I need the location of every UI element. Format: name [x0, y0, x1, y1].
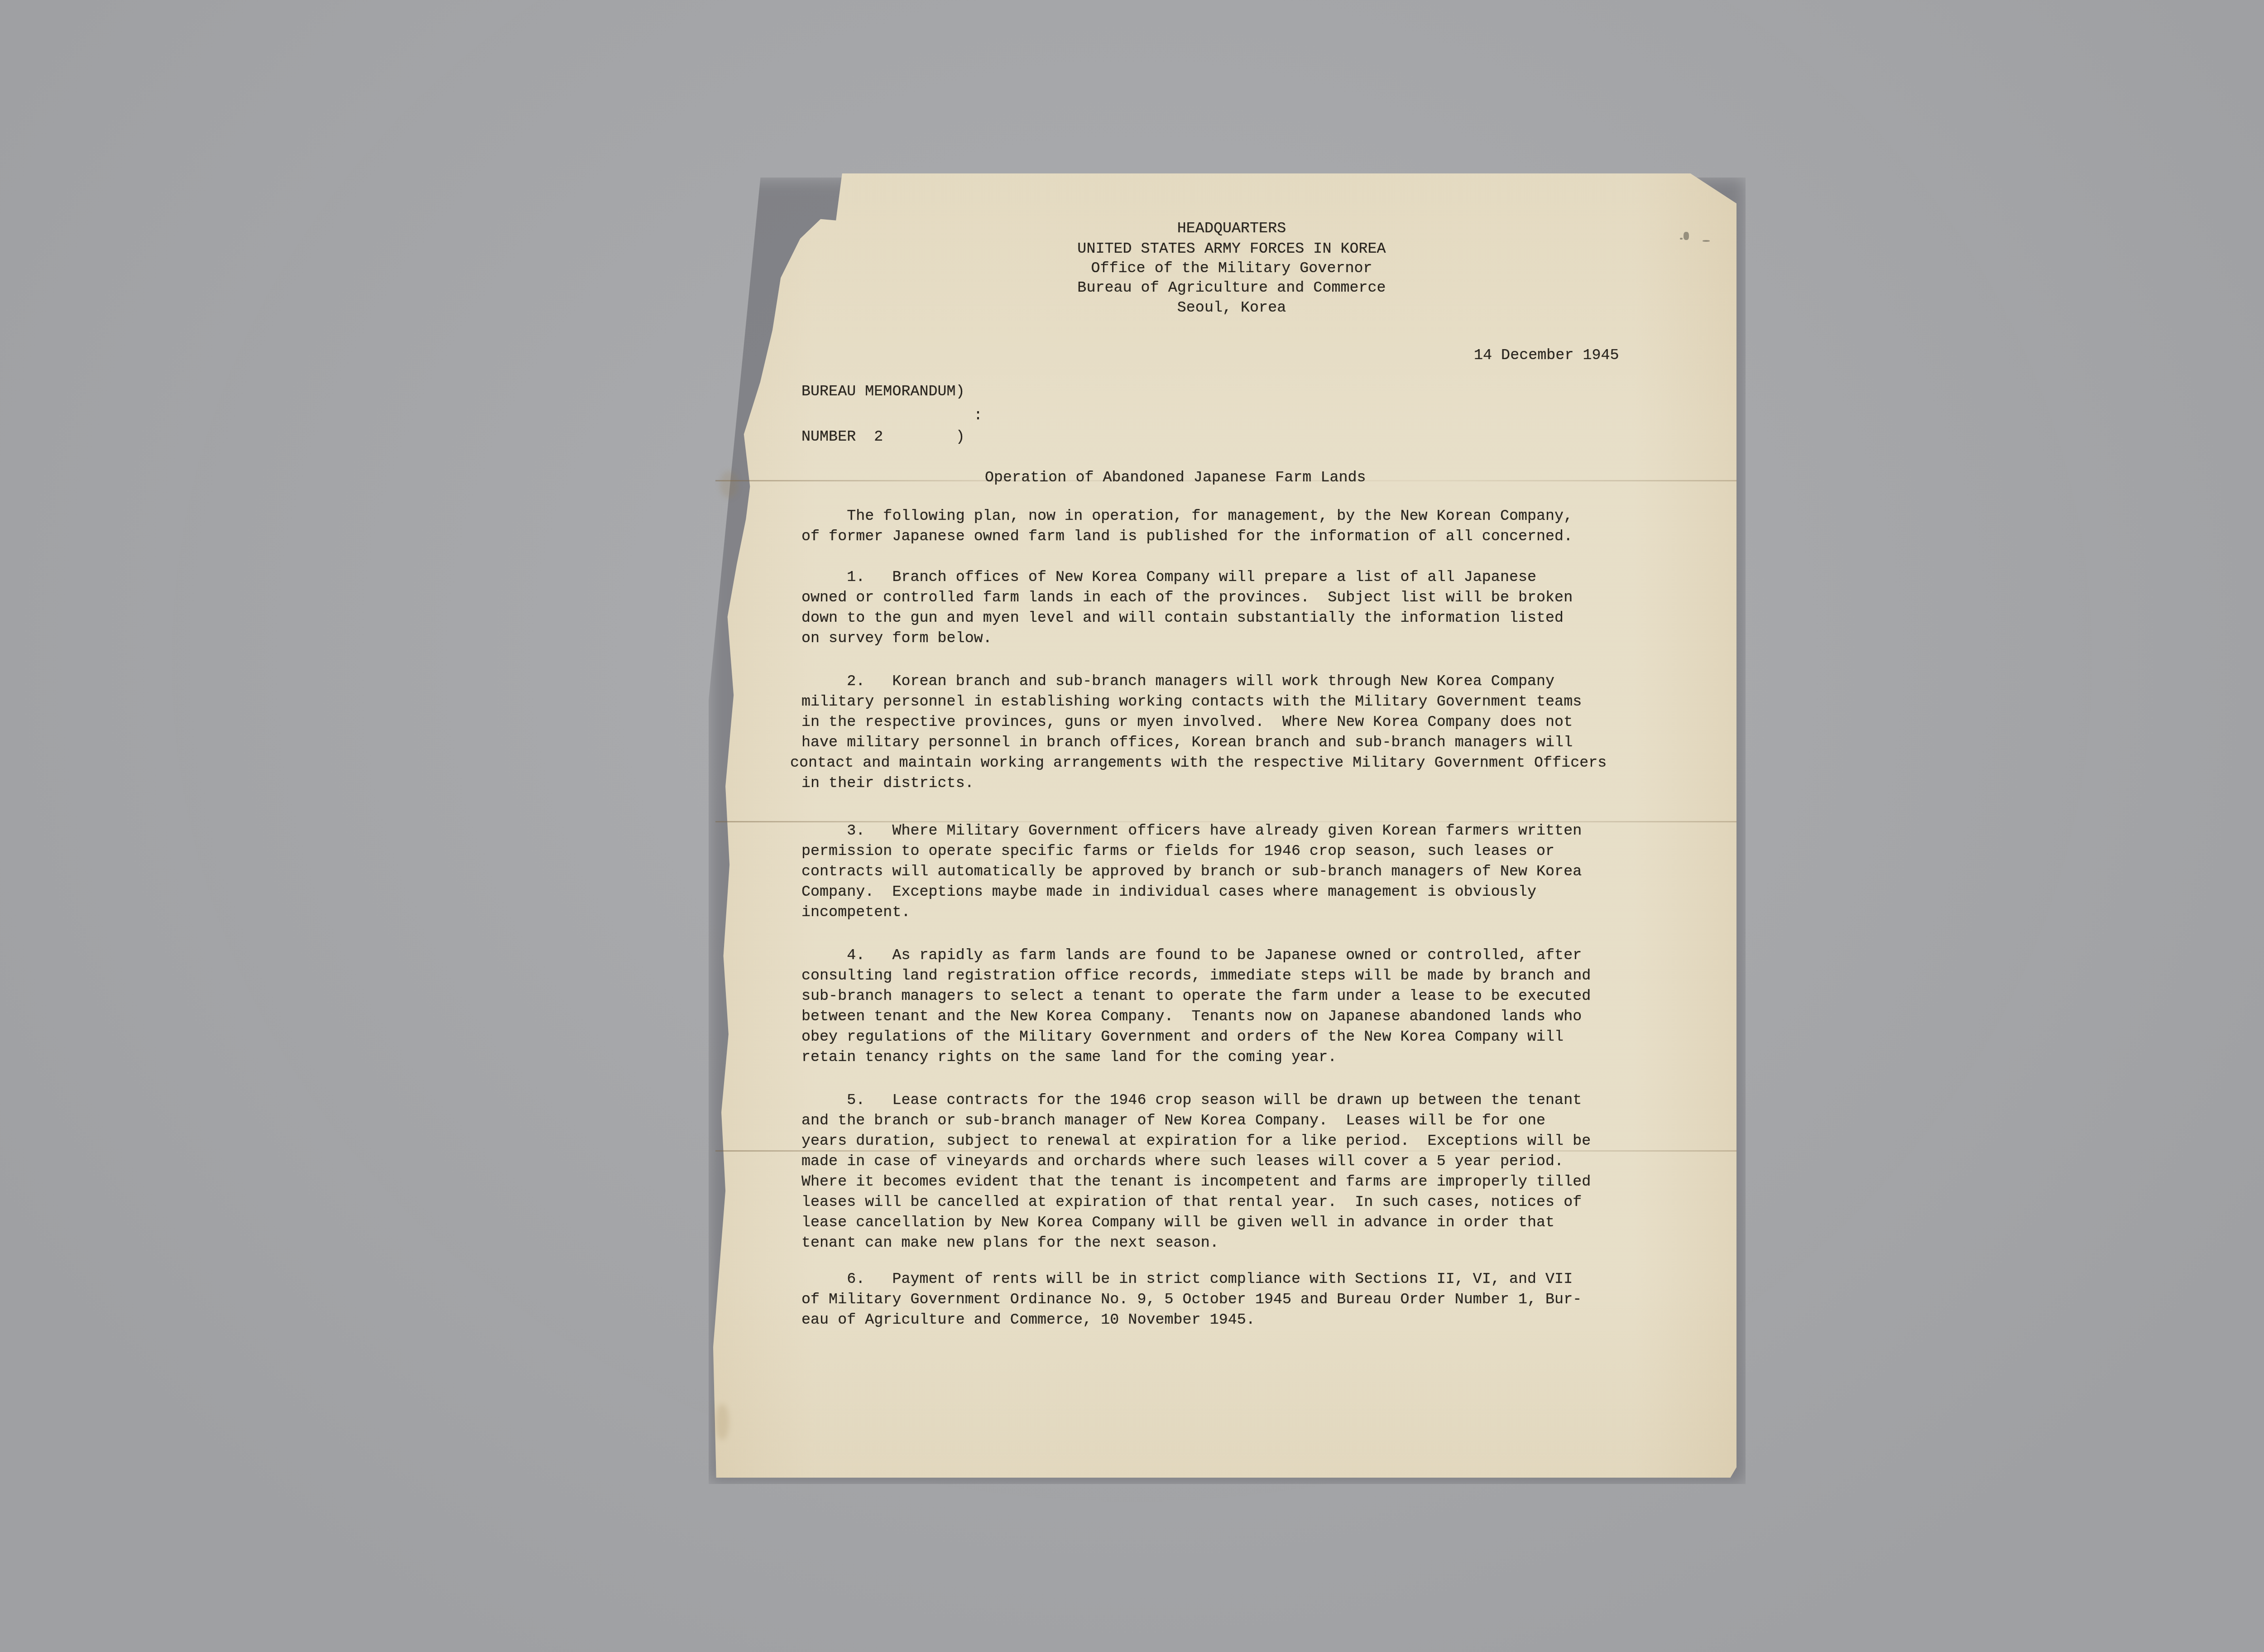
- paragraph-line: in their districts.: [801, 774, 974, 792]
- paragraph-line: and the branch or sub-branch manager of …: [801, 1112, 1545, 1130]
- memo-label: BUREAU MEMORANDUM): [801, 383, 965, 401]
- letterhead-line-location: Seoul, Korea: [1177, 299, 1286, 317]
- paragraph-line: on survey form below.: [801, 629, 992, 648]
- fold-line: [715, 1150, 1736, 1152]
- paragraph-line: down to the gun and myen level and will …: [801, 609, 1564, 627]
- paragraph-line: owned or controlled farm lands in each o…: [801, 589, 1573, 607]
- memo-colon: :: [974, 407, 983, 425]
- intro-line: of former Japanese owned farm land is pu…: [801, 528, 1573, 546]
- paragraph-line: have military personnel in branch office…: [801, 734, 1573, 752]
- paragraph-line: contact and maintain working arrangement…: [790, 754, 1607, 772]
- paragraph-line: 3. Where Military Government officers ha…: [801, 822, 1582, 840]
- letterhead-line-command: UNITED STATES ARMY FORCES IN KOREA: [1077, 240, 1386, 258]
- ink-speck: [1703, 240, 1710, 242]
- paragraph-line: permission to operate specific farms or …: [801, 842, 1554, 860]
- paragraph-line: sub-branch managers to select a tenant t…: [801, 987, 1591, 1005]
- paragraph-line: made in case of vineyards and orchards w…: [801, 1153, 1564, 1171]
- memo-date: 14 December 1945: [1474, 346, 1619, 365]
- paper-stain: [720, 471, 738, 498]
- paragraph-line: obey regulations of the Military Governm…: [801, 1028, 1564, 1046]
- letterhead-line-office: Office of the Military Governor: [1091, 259, 1372, 278]
- paragraph-line: in the respective provinces, guns or mye…: [801, 713, 1573, 731]
- paragraph-line: Where it becomes evident that the tenant…: [801, 1173, 1591, 1191]
- paragraph-line: 2. Korean branch and sub-branch managers…: [801, 672, 1554, 691]
- paragraph-line: 5. Lease contracts for the 1946 crop sea…: [801, 1091, 1582, 1109]
- paragraph-line: consulting land registration office reco…: [801, 967, 1591, 985]
- paragraph-line: lease cancellation by New Korea Company …: [801, 1214, 1554, 1232]
- paragraph-line: contracts will automatically be approved…: [801, 863, 1582, 881]
- letterhead-line-bureau: Bureau of Agriculture and Commerce: [1077, 279, 1386, 297]
- paragraph-line: Company. Exceptions maybe made in indivi…: [801, 883, 1536, 901]
- ink-speck: [1680, 238, 1683, 240]
- paragraph-line: 6. Payment of rents will be in strict co…: [801, 1270, 1573, 1288]
- paragraph-line: of Military Government Ordinance No. 9, …: [801, 1291, 1582, 1309]
- paragraph-line: years duration, subject to renewal at ex…: [801, 1132, 1591, 1150]
- paragraph-line: tenant can make new plans for the next s…: [801, 1234, 1219, 1252]
- paragraph-line: retain tenancy rights on the same land f…: [801, 1048, 1337, 1066]
- ink-speck: [1684, 232, 1689, 240]
- paragraph-line: eau of Agriculture and Commerce, 10 Nove…: [801, 1311, 1255, 1329]
- paper-stain: [715, 1404, 729, 1440]
- intro-line: The following plan, now in operation, fo…: [801, 507, 1573, 525]
- paragraph-line: between tenant and the New Korea Company…: [801, 1008, 1582, 1026]
- paragraph-line: 1. Branch offices of New Korea Company w…: [801, 568, 1536, 586]
- paragraph-line: 4. As rapidly as farm lands are found to…: [801, 946, 1582, 965]
- paragraph-line: incompetent.: [801, 903, 910, 922]
- letterhead-line-headquarters: HEADQUARTERS: [1177, 220, 1286, 238]
- paragraph-line: leases will be cancelled at expiration o…: [801, 1193, 1582, 1211]
- paragraph-line: military personnel in establishing worki…: [801, 693, 1582, 711]
- memo-title: Operation of Abandoned Japanese Farm Lan…: [985, 469, 1366, 487]
- memo-number: NUMBER 2 ): [801, 428, 965, 446]
